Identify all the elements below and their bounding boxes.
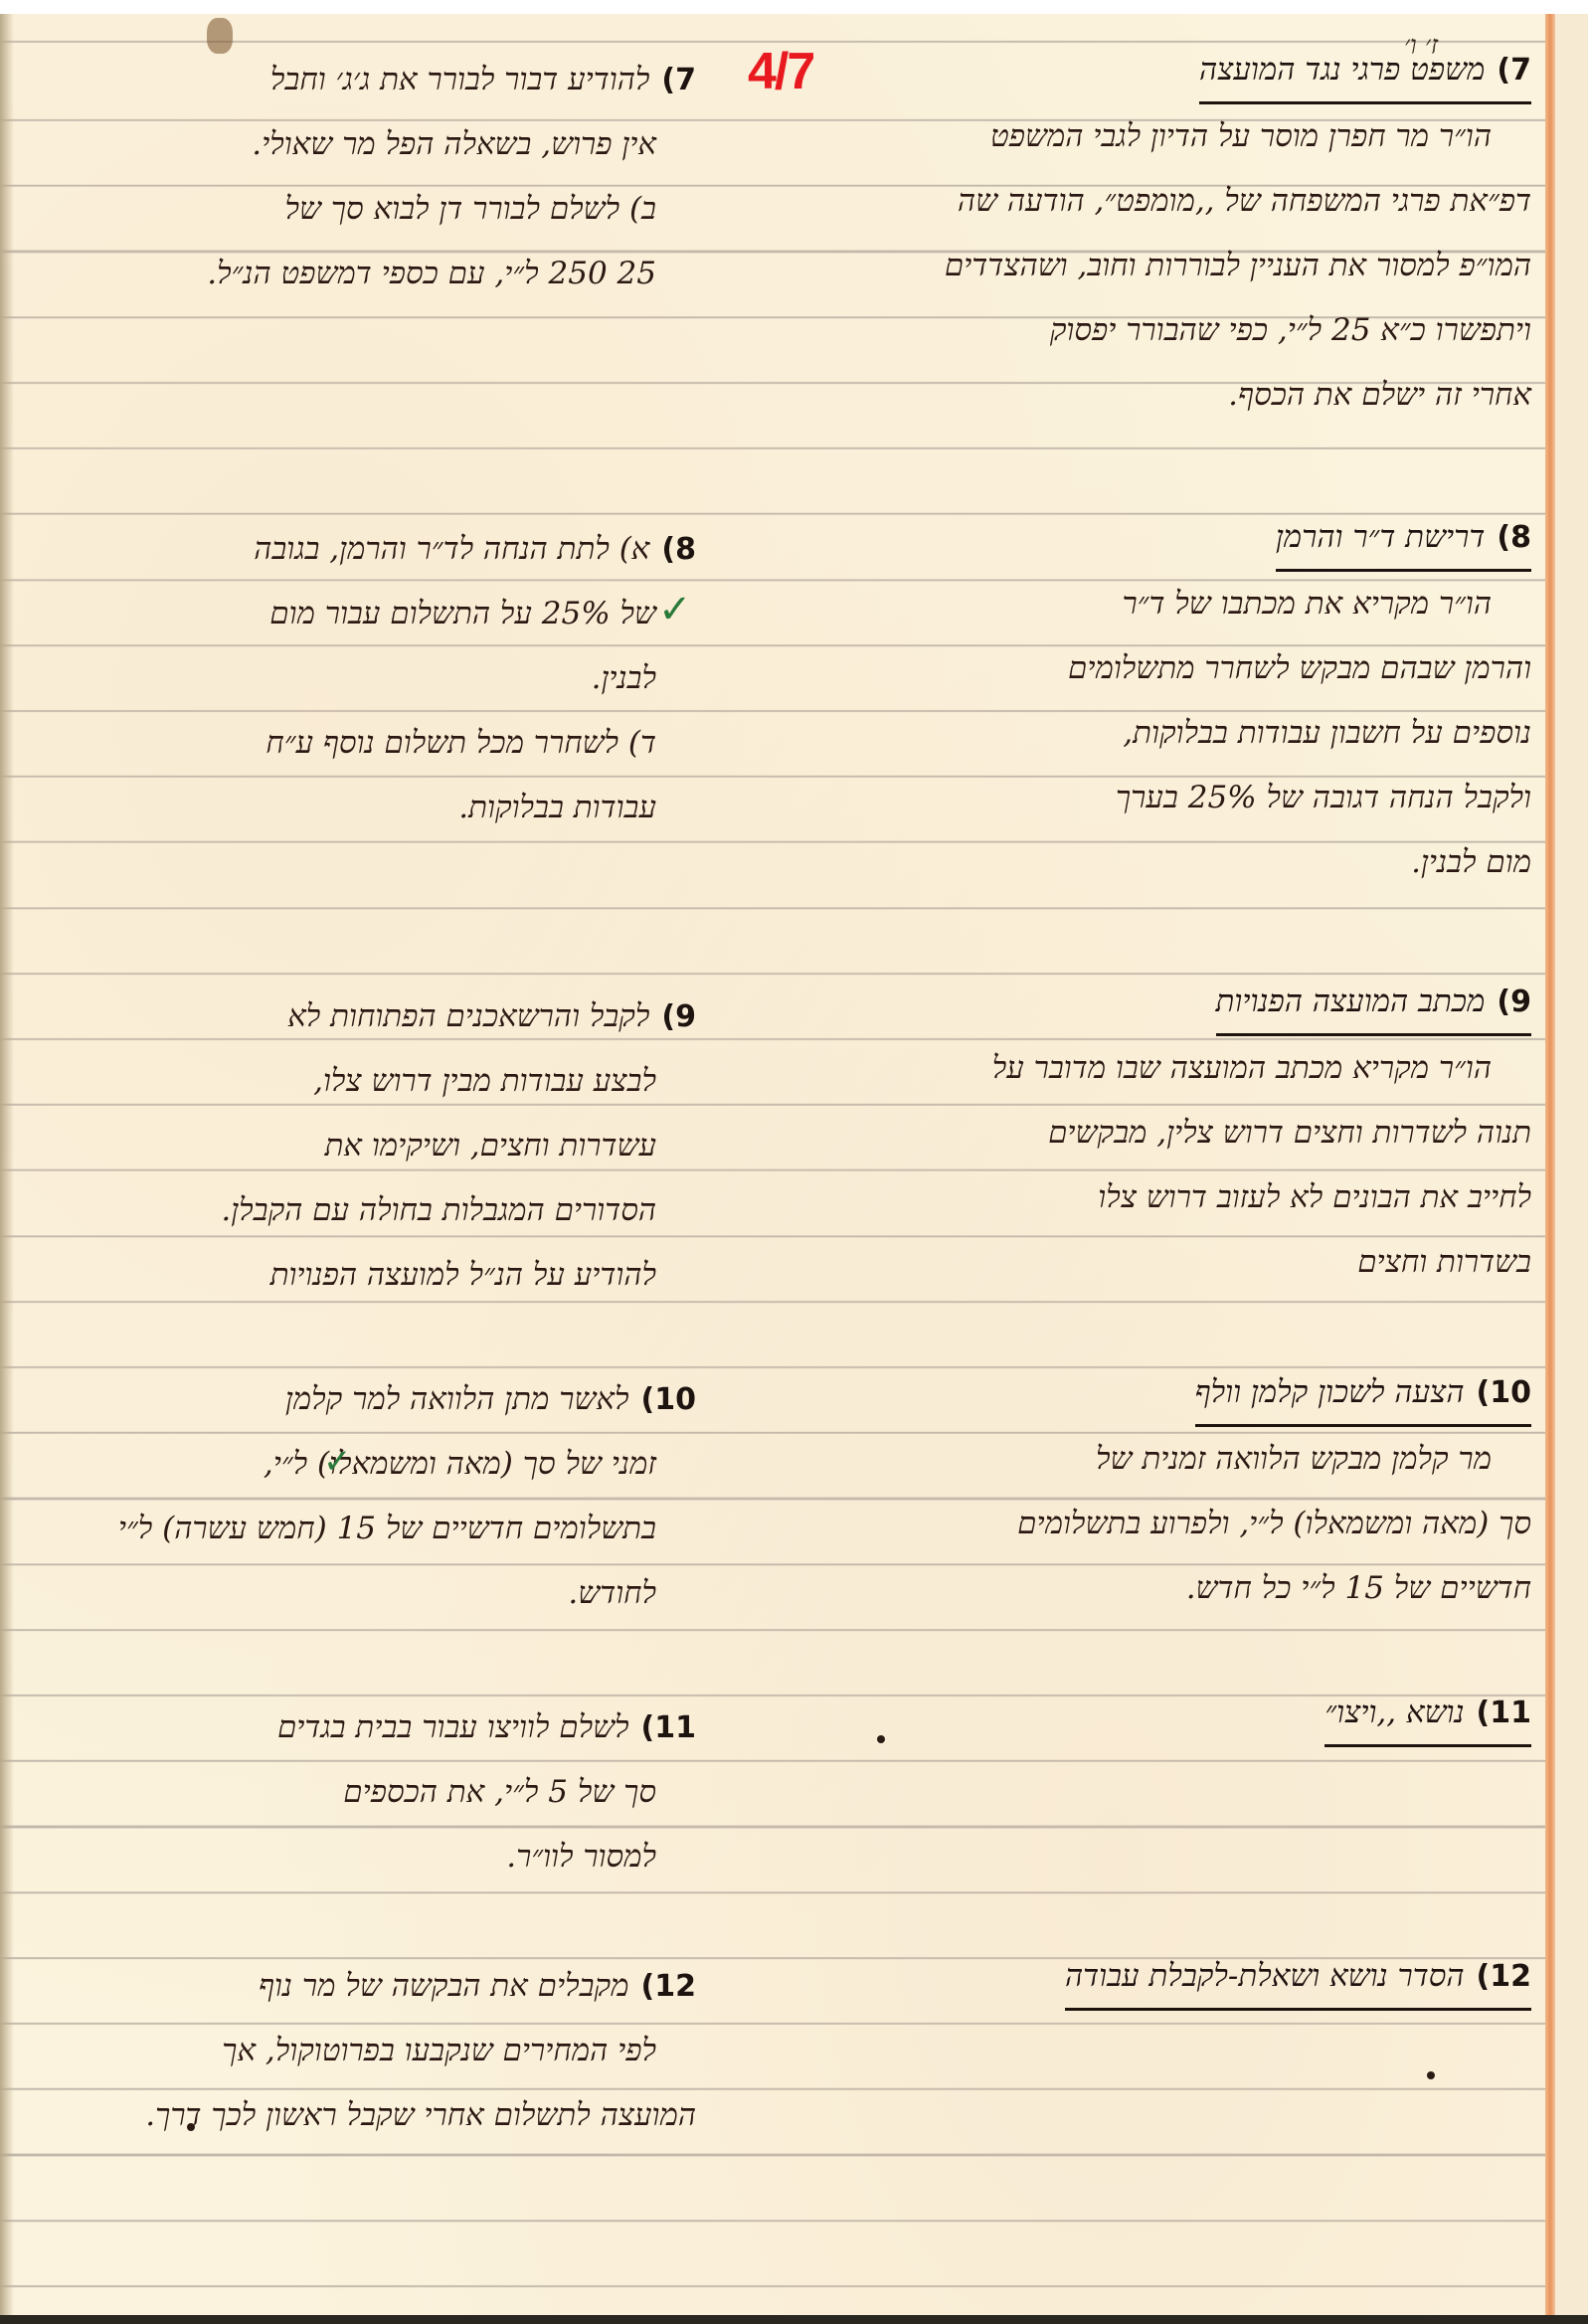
binding-shadow <box>0 14 14 2324</box>
discussion-heading: 12)הסדר נושא ושאלת-לקבלת עבודה <box>1065 1947 1531 2011</box>
checkmark-icon: ✓ <box>658 587 692 632</box>
decision-item-12: 12)מקבלים את הבקשה של מר נוף לפי המחירים… <box>40 1954 696 2148</box>
discussion-item-10: 10)הצעה לשכון קלמן וולף מר קלמן מבקש הלו… <box>795 1360 1531 1621</box>
page-edge <box>1555 14 1588 2324</box>
discussion-heading: 7)משפט פרגי נגד המועצה <box>1199 41 1531 104</box>
decision-item-11: 11)לשלם לוויצו עבור בבית בגדים סך של 5 ל… <box>40 1696 696 1889</box>
scan-bottom-border <box>0 2315 1588 2324</box>
decision-item-7: 7)להודיע דבור לבורר את ג׳ג׳ וחבל אין פרו… <box>40 48 696 306</box>
discussion-item-9: 9)מכתב המועצה הפנויות הו״ר מקריא מכתב המ… <box>795 970 1531 1295</box>
discussion-item-12: 12)הסדר נושא ושאלת-לקבלת עבודה <box>795 1944 1531 2011</box>
decision-item-9: 9)לקבל והרשאכנים הפתוחות לא לבצע עבודות … <box>40 984 696 1308</box>
ink-dot <box>1427 2071 1435 2079</box>
margin-line <box>1545 14 1555 2324</box>
checkmark-icon: ✓ <box>323 1442 352 1482</box>
discussion-heading: 9)מכתב המועצה הפנויות <box>1216 973 1531 1036</box>
decision-item-8: 8)א) לתת הנחה לד״ר והרמן, בגובה של 25% ע… <box>40 517 696 840</box>
scan-top-border <box>0 0 1588 14</box>
discussion-heading: 10)הצעה לשכון קלמן וולף <box>1195 1363 1531 1427</box>
decision-item-10: 10)לאשר מתן הלוואה למר קלמן זמני של סך (… <box>40 1367 696 1626</box>
discussion-heading: 11)נושא ,,ויצו״ <box>1324 1684 1531 1747</box>
discussion-item-11: 11)נושא ,,ויצו״ <box>795 1681 1531 1747</box>
discussion-item-8: 8)דרישת ד״ר והרמן הו״ר מקריא את מכתבו של… <box>795 505 1531 895</box>
discussion-item-7: 7)משפט פרגי נגד המועצה הו״ר מר חפרן מוסר… <box>795 38 1531 428</box>
discussion-heading: 8)דרישת ד״ר והרמן <box>1276 508 1531 572</box>
